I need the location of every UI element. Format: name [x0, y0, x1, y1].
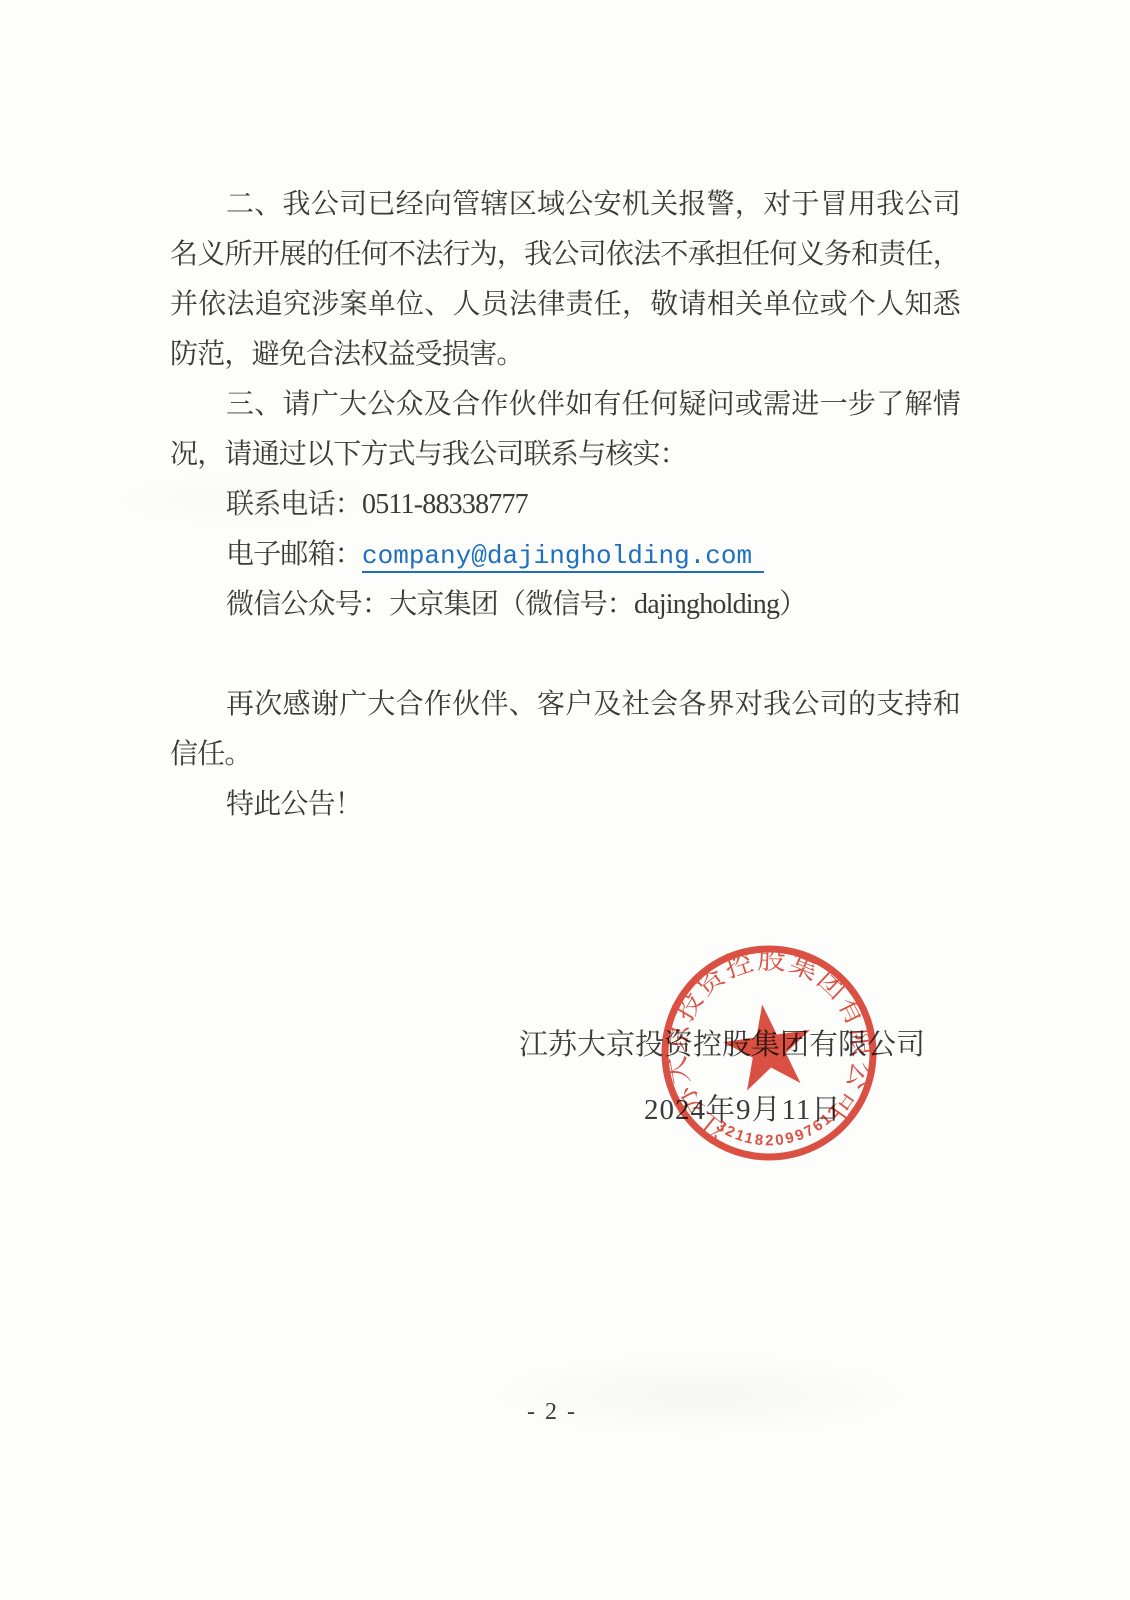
document-line: 特此公告！ — [170, 780, 960, 830]
page-number: - 2 - — [452, 1398, 652, 1426]
seal-star — [719, 998, 817, 1093]
document-line: 况，请通过以下方式与我公司联系与核实： — [170, 430, 960, 480]
seal-graphic: 江苏大京投资控股集团有限公司 3211820997612 — [639, 923, 899, 1183]
document-line: 防范，避免合法权益受损害。 — [170, 330, 960, 380]
company-seal: 江苏大京投资控股集团有限公司 3211820997612 — [639, 923, 899, 1183]
document-line: 再次感谢广大合作伙伴、客户及社会各界对我公司的支持和 — [170, 680, 960, 730]
email-label: 电子邮箱： — [226, 539, 362, 570]
document-line: 名义所开展的任何不法行为，我公司依法不承担任何义务和责任， — [170, 230, 960, 280]
email-link: company@dajingholding.com — [362, 541, 764, 573]
phone-line: 联系电话：0511-88338777 — [170, 480, 960, 530]
document-line: 信任。 — [170, 730, 960, 780]
document-body: 二、我公司已经向管辖区域公安机关报警，对于冒用我公司名义所开展的任何不法行为，我… — [170, 180, 960, 830]
document-line: 并依法追究涉案单位、人员法律责任，敬请相关单位或个人知悉 — [170, 280, 960, 330]
wechat-line: 微信公众号：大京集团（微信号：dajingholding） — [170, 580, 960, 630]
document-line: 三、请广大公众及合作伙伴如有任何疑问或需进一步了解情 — [170, 380, 960, 430]
email-line: 电子邮箱：company@dajingholding.com — [170, 530, 960, 580]
blank-line — [170, 630, 960, 680]
scanned-document-page: 二、我公司已经向管辖区域公安机关报警，对于冒用我公司名义所开展的任何不法行为，我… — [0, 0, 1130, 1600]
document-line: 二、我公司已经向管辖区域公安机关报警，对于冒用我公司 — [170, 180, 960, 230]
